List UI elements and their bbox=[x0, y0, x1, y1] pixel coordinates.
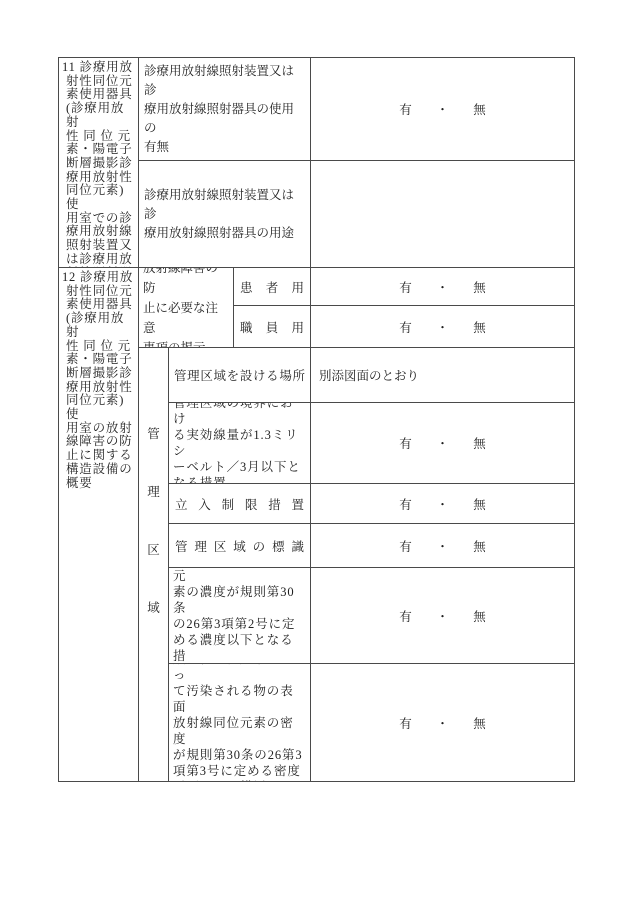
section11-item-title-cell: 11 診療用放 射性同位元 素使用器具 (診療用放射 性 同 位 元 素・陽電子… bbox=[59, 58, 139, 268]
staff-use-label: 職員用 bbox=[234, 318, 310, 336]
controlled-area-location-value-cell: 別添図面のとおり bbox=[311, 348, 574, 403]
surface-density-answer: 有 ・ 無 bbox=[393, 714, 492, 732]
area-sign-label: 管理区域の標識 bbox=[169, 537, 310, 555]
area-sign-answer: 有 ・ 無 bbox=[393, 537, 492, 555]
staff-use-answer: 有 ・ 無 bbox=[393, 318, 492, 336]
entry-restriction-label: 立入制限措置 bbox=[169, 495, 310, 513]
boundary-dose-answer-cell: 有 ・ 無 bbox=[311, 403, 574, 484]
boundary-dose-label-cell: 管理区域の境界におけ る実効線量が1.3ミリシ ーベルト／3月以下と なる措置 bbox=[169, 403, 311, 484]
patient-use-answer: 有 ・ 無 bbox=[393, 278, 492, 296]
usage-presence-question-cell: 診療用放射線照射装置又は診 療用放射線照射器具の使用の 有無 bbox=[139, 58, 311, 161]
air-concentration-answer: 有 ・ 無 bbox=[393, 607, 492, 625]
usage-presence-answer: 有 ・ 無 bbox=[393, 100, 492, 118]
application-form-table: 11 診療用放 射性同位元 素使用器具 (診療用放射 性 同 位 元 素・陽電子… bbox=[58, 57, 575, 782]
usage-purpose-question-cell: 診療用放射線照射装置又は診 療用放射線照射器具の用途 bbox=[139, 161, 311, 268]
air-concentration-label-cell: 空気中の放射性同位元 素の濃度が規則第30条 の26第3項第2号に定 める濃度以… bbox=[169, 568, 311, 664]
boundary-dose-label: 管理区域の境界におけ る実効線量が1.3ミリシ ーベルト／3月以下と なる措置 bbox=[169, 403, 310, 484]
document-page: 11 診療用放 射性同位元 素使用器具 (診療用放射 性 同 位 元 素・陽電子… bbox=[0, 0, 630, 903]
staff-use-answer-cell: 有 ・ 無 bbox=[311, 306, 574, 348]
patient-use-label: 患者用 bbox=[234, 278, 310, 296]
controlled-area-location-label-cell: 管理区域を設ける場所 bbox=[169, 348, 311, 403]
entry-restriction-label-cell: 立入制限措置 bbox=[169, 484, 311, 524]
staff-use-label-cell: 職員用 bbox=[234, 306, 311, 348]
usage-presence-answer-cell: 有 ・ 無 bbox=[311, 58, 574, 161]
notice-posting-label: 放射線障害の防 止に必要な注意 事項の掲示 bbox=[139, 268, 233, 348]
controlled-area-vertical-label-cell: 管 理 区 域 bbox=[139, 348, 169, 781]
section12-item-title: 12 診療用放 射性同位元 素使用器具 (診療用放射 性 同 位 元 素・陽電子… bbox=[59, 268, 138, 490]
area-sign-answer-cell: 有 ・ 無 bbox=[311, 524, 574, 568]
entry-restriction-answer: 有 ・ 無 bbox=[393, 495, 492, 513]
patient-use-answer-cell: 有 ・ 無 bbox=[311, 268, 574, 306]
controlled-area-location-value: 別添図面のとおり bbox=[319, 366, 419, 384]
patient-use-label-cell: 患者用 bbox=[234, 268, 311, 306]
air-concentration-label: 空気中の放射性同位元 素の濃度が規則第30条 の26第3項第2号に定 める濃度以… bbox=[169, 568, 310, 664]
air-concentration-answer-cell: 有 ・ 無 bbox=[311, 568, 574, 664]
usage-purpose-answer-cell bbox=[311, 161, 574, 268]
boundary-dose-answer: 有 ・ 無 bbox=[393, 434, 492, 452]
usage-presence-question: 診療用放射線照射装置又は診 療用放射線照射器具の使用の 有無 bbox=[139, 62, 310, 157]
notice-posting-label-cell: 放射線障害の防 止に必要な注意 事項の掲示 bbox=[139, 268, 234, 348]
surface-density-label: 放射性同位元素によっ て汚染される物の表面 放射線同位元素の密度 が規則第30条… bbox=[169, 664, 310, 781]
controlled-area-location-label: 管理区域を設ける場所 bbox=[169, 366, 310, 384]
surface-density-answer-cell: 有 ・ 無 bbox=[311, 664, 574, 781]
area-sign-label-cell: 管理区域の標識 bbox=[169, 524, 311, 568]
controlled-area-vertical-label: 管 理 区 域 bbox=[147, 348, 160, 637]
section12-item-title-cell: 12 診療用放 射性同位元 素使用器具 (診療用放射 性 同 位 元 素・陽電子… bbox=[59, 268, 139, 781]
usage-purpose-question: 診療用放射線照射装置又は診 療用放射線照射器具の用途 bbox=[139, 186, 310, 243]
entry-restriction-answer-cell: 有 ・ 無 bbox=[311, 484, 574, 524]
section11-item-title: 11 診療用放 射性同位元 素使用器具 (診療用放射 性 同 位 元 素・陽電子… bbox=[59, 58, 138, 268]
surface-density-label-cell: 放射性同位元素によっ て汚染される物の表面 放射線同位元素の密度 が規則第30条… bbox=[169, 664, 311, 781]
